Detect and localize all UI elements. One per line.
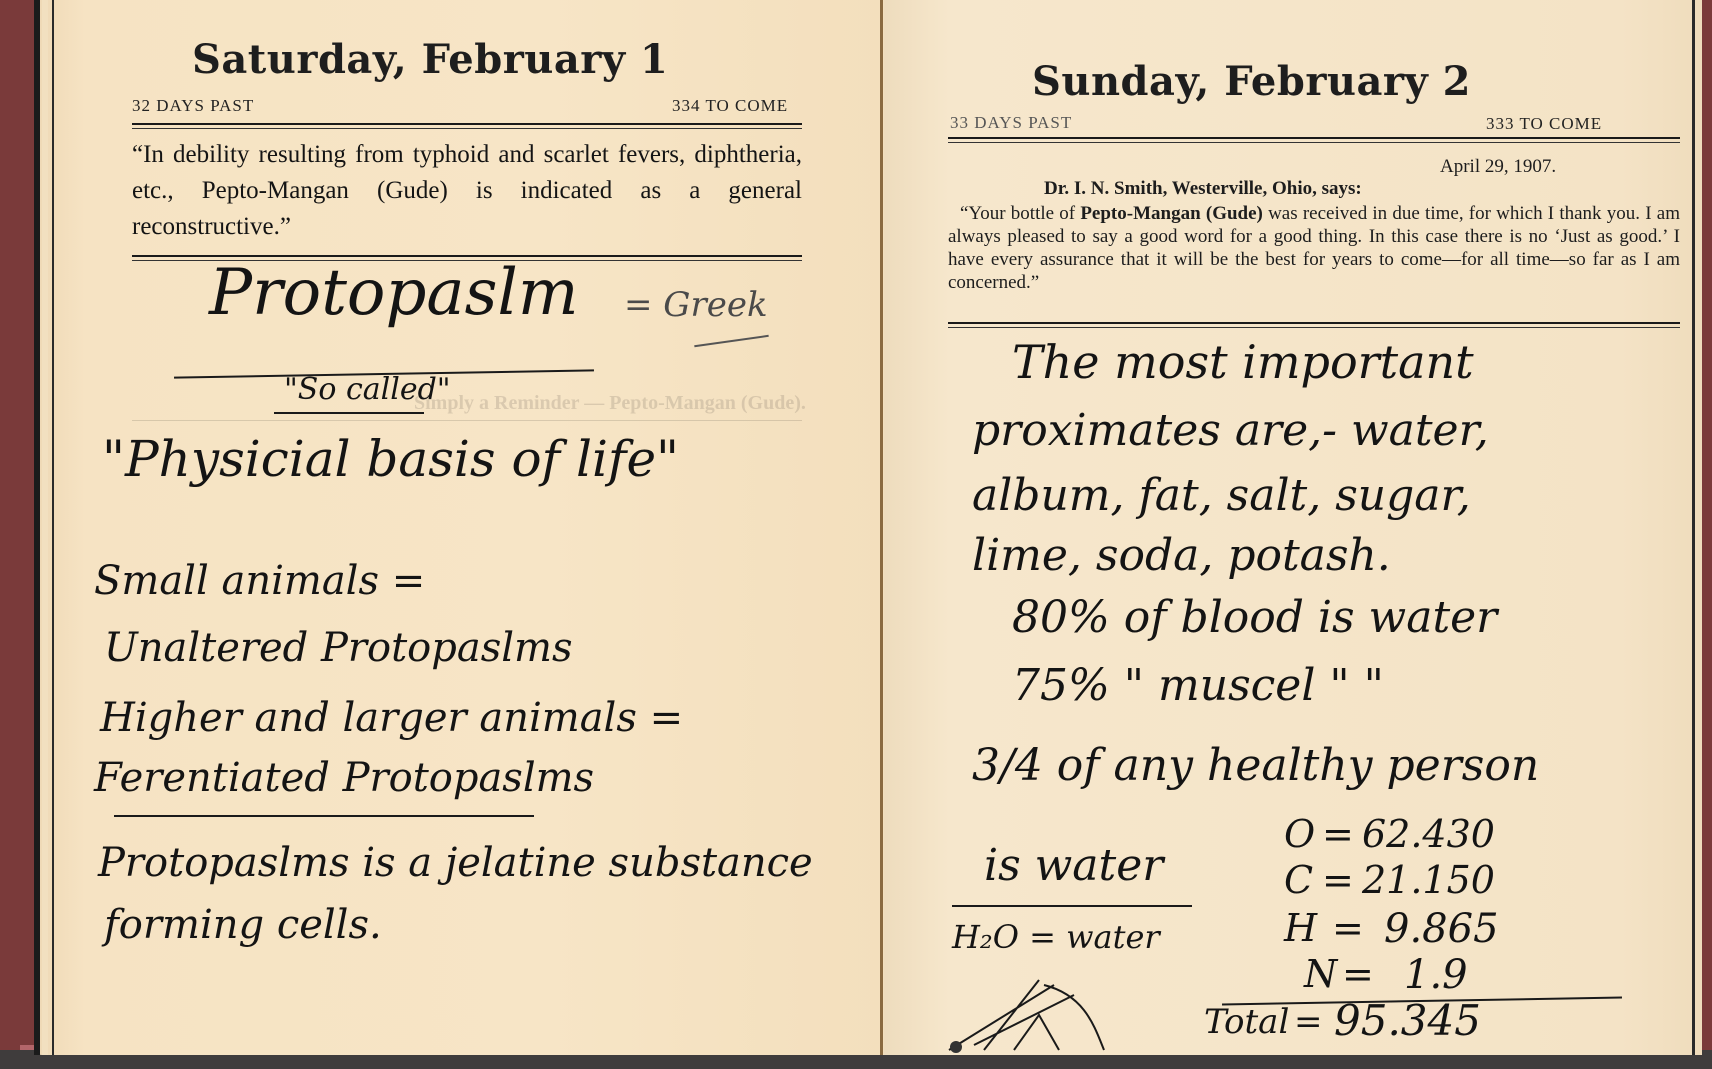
days-to-come-label: 333 TO COME: [1486, 114, 1602, 134]
handwritten-line: 3/4 of any healthy person: [972, 740, 1539, 791]
handwritten-line: 80% of blood is water: [1012, 592, 1497, 643]
composition-value: 62.430: [1362, 812, 1495, 856]
handwritten-physical-basis: "Physicial basis of life": [102, 430, 679, 488]
page-stack-edge: [42, 0, 48, 1055]
composition-equals: =: [1322, 812, 1354, 856]
composition-element: O: [1284, 812, 1315, 856]
composition-value: 1.9: [1404, 952, 1468, 998]
letter-date: April 29, 1907.: [1440, 156, 1556, 178]
handwritten-title: Protopaslm: [209, 256, 579, 330]
header-rule: [132, 123, 802, 125]
header-rule: [948, 142, 1680, 143]
header-rule: [948, 137, 1680, 139]
book-gutter: [880, 0, 883, 1055]
letter-rule: [948, 322, 1680, 324]
composition-equals: =: [1332, 906, 1364, 950]
composition-value: 21.150: [1362, 858, 1495, 902]
handwritten-line: Unaltered Protopaslms: [104, 625, 572, 671]
letter-author: Dr. I. N. Smith, Westerville, Ohio, says…: [1044, 178, 1362, 200]
page-stack-edge: [34, 0, 40, 1055]
printed-quote: “In debility resulting from typhoid and …: [132, 137, 802, 245]
right-page: Sunday, February 2 33 DAYS PAST 333 TO C…: [884, 0, 1702, 1055]
total-value: 95.345: [1334, 996, 1481, 1045]
handwritten-line: Higher and larger animals =: [100, 695, 683, 741]
page-stack-edge: [1692, 0, 1695, 1055]
handwritten-so-called: "So called": [284, 372, 451, 407]
handwritten-line: H₂O = water: [952, 918, 1160, 956]
handwritten-line: lime, soda, potash.: [972, 530, 1391, 581]
handwritten-line: is water: [984, 840, 1163, 891]
handwritten-line: Small animals =: [94, 558, 425, 604]
show-through-rule: [132, 420, 802, 421]
handwritten-line: album, fat, salt, sugar,: [972, 470, 1471, 521]
so-called-underline: [274, 412, 424, 414]
handwritten-line: Protopaslms is a jelatine substance: [98, 840, 813, 886]
page-date-heading: Sunday, February 2: [1032, 58, 1471, 105]
letter-rule: [948, 327, 1680, 328]
days-past-label: 32 DAYS PAST: [132, 96, 254, 116]
letter-body-prefix: “Your bottle of: [960, 203, 1080, 224]
handwritten-line: proximates are,- water,: [972, 405, 1489, 456]
handwritten-line: The most important: [1012, 335, 1474, 389]
show-through-text: Simply a Reminder — Pepto-Mangan (Gude).: [414, 392, 806, 415]
letter-product-name: Pepto-Mangan (Gude): [1080, 203, 1263, 224]
days-past-label: 33 DAYS PAST: [950, 113, 1072, 133]
composition-value: 9.865: [1384, 906, 1499, 952]
handwritten-line: 75% " muscel " ": [1012, 660, 1384, 711]
line-underline: [114, 815, 534, 817]
total-label: Total: [1204, 1002, 1289, 1042]
is-water-underline: [952, 905, 1192, 907]
annotation-underline: [694, 335, 769, 347]
letter-body: “Your bottle of Pepto-Mangan (Gude) was …: [948, 202, 1680, 294]
handwritten-annotation: = Greek: [624, 285, 768, 325]
pen-sketch-icon: [944, 975, 1144, 1055]
total-equals: =: [1294, 1002, 1323, 1042]
composition-equals: =: [1342, 952, 1374, 996]
page-date-heading: Saturday, February 1: [192, 36, 668, 83]
left-page: Saturday, February 1 32 DAYS PAST 334 TO…: [34, 0, 884, 1055]
days-to-come-label: 334 TO COME: [672, 96, 788, 116]
composition-equals: =: [1322, 858, 1354, 902]
page-stack-edge: [52, 0, 54, 1055]
composition-element: N: [1304, 952, 1337, 996]
composition-element: C: [1284, 858, 1313, 902]
header-rule: [132, 128, 802, 129]
handwritten-line: Ferentiated Protopaslms: [94, 755, 594, 801]
handwritten-line: forming cells.: [104, 902, 382, 948]
composition-element: H: [1284, 906, 1317, 950]
